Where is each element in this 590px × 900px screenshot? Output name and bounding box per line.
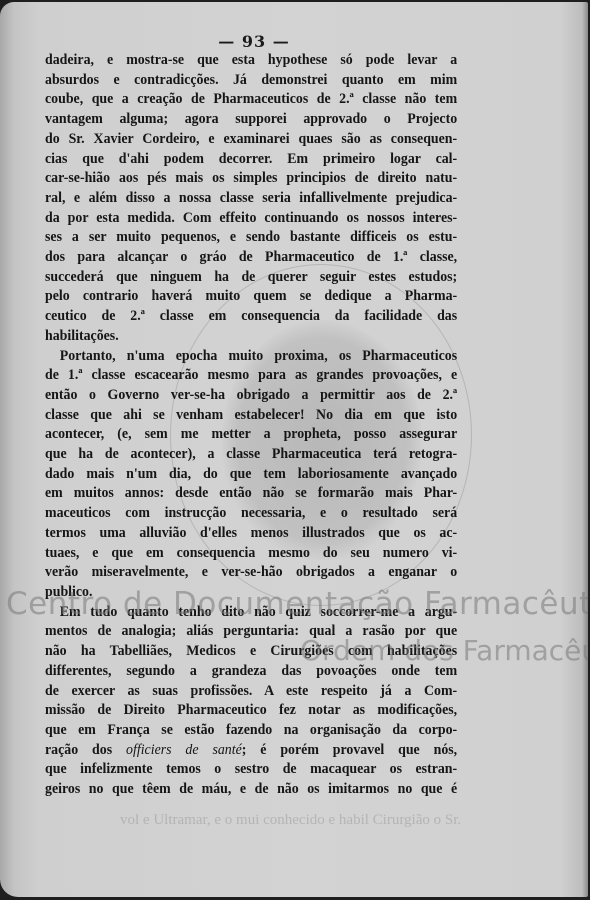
text-line: tuaes, e que em consequencia mesmo do se… <box>45 544 457 564</box>
text-line: pelo contrario haverá muito quem se dedi… <box>45 287 457 307</box>
text-line: que em França se estão fazendo na organi… <box>45 721 457 741</box>
text-line: ses a ser muito pequenos, e sendo bastan… <box>45 228 457 248</box>
text-line: termos uma alluvião d'elles menos illust… <box>45 524 457 544</box>
text-line: car-se-hião aos pés mais os simples prin… <box>45 169 457 189</box>
text-line: Portanto, n'uma epocha muito proxima, os… <box>45 347 457 367</box>
text-line: vantagem alguma; agora supporei approvad… <box>45 110 457 130</box>
text-segment: ; é porém provavel que nós, <box>242 742 457 758</box>
text-line: habilitações. <box>45 327 457 347</box>
text-line: dado mais n'um dia, do que tem laboriosa… <box>45 465 457 485</box>
bleed-through-text: vol e Ultramar, e o mui conhecido e habi… <box>120 812 461 829</box>
body-text: dadeira, e mostra-se que esta hypothese … <box>45 51 424 800</box>
text-line: absurdos e contradicções. Já demonstrei … <box>45 71 457 91</box>
text-line: dadeira, e mostra-se que esta hypothese … <box>45 51 457 71</box>
text-line: succederá que ninguem ha de querer segui… <box>45 268 457 288</box>
text-line: então o Governo ver-se-ha obrigado a per… <box>45 386 457 406</box>
italic-phrase: officiers de santé <box>126 742 242 758</box>
text-line: verão miseravelmente, e ver-se-hão obrig… <box>45 563 457 583</box>
text-line: geiros no que têem de máu, e de não os i… <box>45 780 457 800</box>
text-line: dos para alcançar o gráo de Pharmaceutic… <box>45 248 457 268</box>
text-line: de 1.ª classe escacearão mesmo para as g… <box>45 366 457 386</box>
text-line: maceuticos com instrucção necessaria, e … <box>45 504 457 524</box>
text-line: classe que ahi se venham estabelecer! No… <box>45 406 457 426</box>
text-line-mixed: ração dos officiers de santé; é porém pr… <box>45 741 457 761</box>
text-line: em muitos annos: desde então não se form… <box>45 484 457 504</box>
text-line: acontecer, (e, sem me metter a propheta,… <box>45 425 457 445</box>
text-line: coube, que a creação de Pharmaceuticos d… <box>45 90 457 110</box>
text-line: ral, e além disso a nossa classe seria i… <box>45 189 457 209</box>
text-line: de exercer as suas profissões. A este re… <box>45 682 457 702</box>
document-page: — 93 — dadeira, e mostra-se que esta hyp… <box>0 2 588 897</box>
text-line: missão de Direito Pharmaceutico fez nota… <box>45 701 457 721</box>
watermark-line-2: Ordem dos Farmacêuticos <box>300 634 588 667</box>
page-number: — 93 — <box>0 32 508 51</box>
text-line: do Sr. Xavier Cordeiro, e examinarei qua… <box>45 130 457 150</box>
watermark-line-1: Centro de Documentação Farmacêutica <box>6 586 588 622</box>
text-line: cias que d'ahi podem decorrer. Em primei… <box>45 150 457 170</box>
text-segment: ração dos <box>45 742 112 758</box>
text-line: que infelizmente temos o sestro de macaq… <box>45 760 457 780</box>
text-line: que ha de acontecer), a classe Pharmaceu… <box>45 445 457 465</box>
text-line: ceutico de 2.ª classe em consequencia da… <box>45 307 457 327</box>
text-line: da por esta medida. Com effeito continua… <box>45 209 457 229</box>
